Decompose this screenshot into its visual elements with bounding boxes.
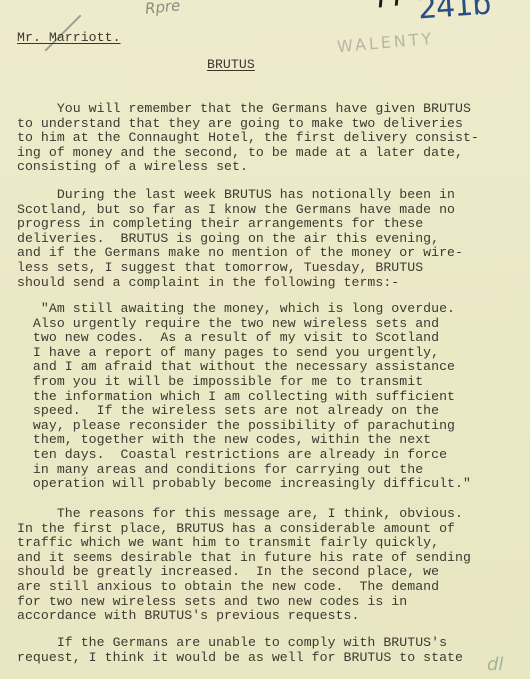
text-line: ten days. Coastal restrictions are alrea… [17, 448, 527, 463]
text-line: traffic which we want him to transmit fa… [17, 536, 527, 551]
memo-addressee: Mr. Marriott. [17, 31, 121, 46]
text-line: Also urgently require the two new wirele… [17, 317, 527, 332]
text-line: deliveries. BRUTUS is going on the air t… [17, 232, 527, 247]
text-line: "Am still awaiting the money, which is l… [17, 302, 527, 317]
text-line: to him at the Connaught Hotel, the first… [17, 131, 527, 146]
text-line: and if the Germans make no mention of th… [17, 246, 527, 261]
text-line: If the Germans are unable to comply with… [17, 636, 527, 651]
text-line: progress in completing their arrangement… [17, 217, 527, 232]
text-line: for two new wireless sets and two new co… [17, 595, 527, 610]
text-line: the information which I am collecting wi… [17, 390, 527, 405]
text-line: I have a report of many pages to send yo… [17, 346, 527, 361]
text-line: and I am afraid that without the necessa… [17, 360, 527, 375]
handwritten-initials: Rpre [144, 0, 181, 16]
text-line: two new codes. As a result of my visit t… [17, 331, 527, 346]
text-line: request, I think it would be as well for… [17, 651, 527, 666]
text-line: Scotland, but so far as I know the Germa… [17, 203, 527, 218]
handwritten-file-reference-black: PF [376, 0, 409, 6]
text-line: The reasons for this message are, I thin… [17, 507, 527, 522]
paragraph-if-unable: If the Germans are unable to comply with… [17, 636, 527, 665]
memo-title: BRUTUS [207, 58, 255, 73]
quoted-complaint-message: "Am still awaiting the money, which is l… [17, 302, 527, 492]
paragraph-deliveries: You will remember that the Germans have … [17, 102, 527, 175]
text-line: speed. If the wireless sets are not alre… [17, 404, 527, 419]
typed-memo-page: Rpre PF 241b WALENTY dl Mr. Marriott. BR… [0, 0, 530, 679]
text-line: During the last week BRUTUS has notional… [17, 188, 527, 203]
text-line: less sets, I suggest that tomorrow, Tues… [17, 261, 527, 276]
text-line: should be greatly increased. In the seco… [17, 565, 527, 580]
handwritten-file-reference-blue: 241b [418, 0, 491, 17]
paragraph-scotland: During the last week BRUTUS has notional… [17, 188, 527, 290]
text-line: In the first place, BRUTUS has a conside… [17, 522, 527, 537]
text-line: to understand that they are going to mak… [17, 117, 527, 132]
text-line: ing of money and the second, to be made … [17, 146, 527, 161]
text-line: them, together with the new codes, withi… [17, 433, 527, 448]
text-line: way, please reconsider the possibility o… [17, 419, 527, 434]
text-line: You will remember that the Germans have … [17, 102, 527, 117]
pencil-annotation-walenty: WALENTY [337, 32, 435, 55]
text-line: accordance with BRUTUS's previous reques… [17, 609, 527, 624]
paragraph-reasons: The reasons for this message are, I thin… [17, 507, 527, 624]
text-line: from you it will be impossible for me to… [17, 375, 527, 390]
text-line: in many areas and conditions for carryin… [17, 463, 527, 478]
text-line: operation will probably become increasin… [17, 477, 527, 492]
text-line: are still anxious to obtain the new code… [17, 580, 527, 595]
text-line: and it seems desirable that in future hi… [17, 551, 527, 566]
text-line: consisting of a wireless set. [17, 160, 527, 175]
text-line: should send a complaint in the following… [17, 276, 527, 291]
